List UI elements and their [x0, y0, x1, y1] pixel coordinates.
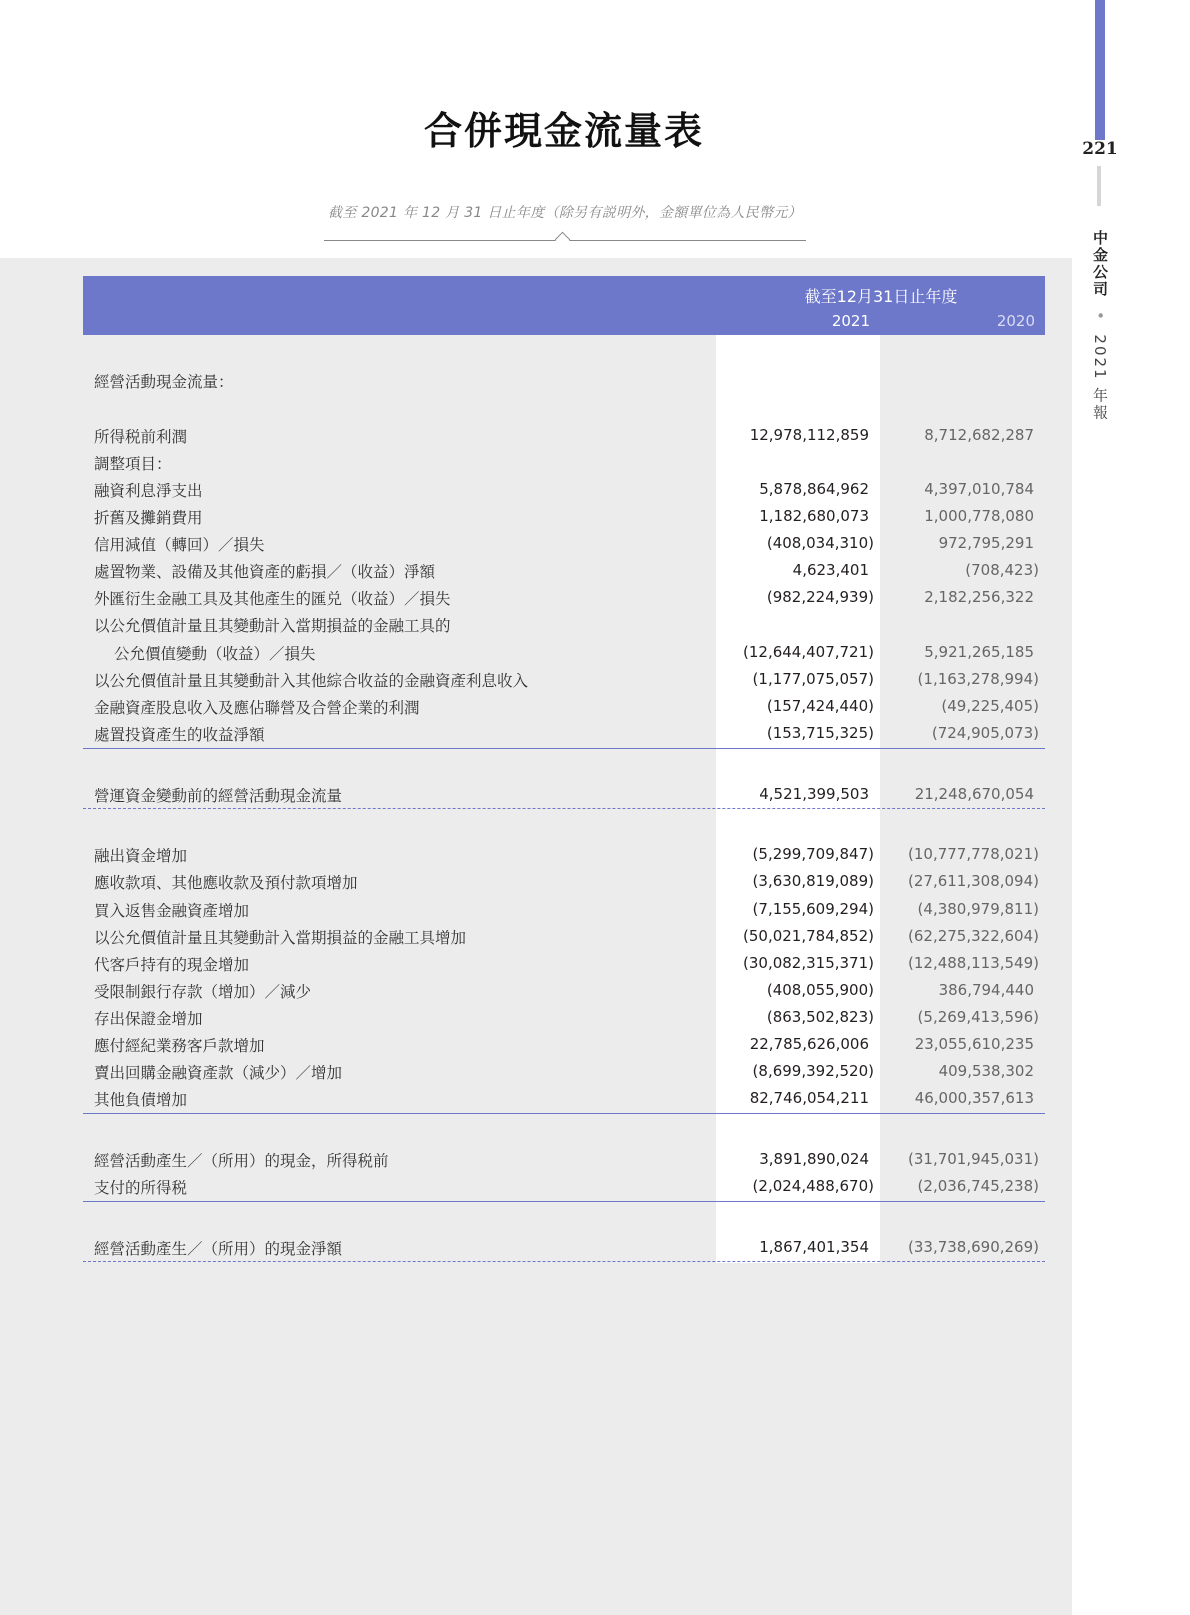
- table-row: 以公允價值計量且其變動計入當期損益的金融工具的: [83, 611, 1045, 638]
- value-2021: (408,055,900): [767, 981, 874, 999]
- caret-up-icon: [555, 232, 571, 248]
- section-heading: 經營活動現金流量：: [83, 367, 1045, 394]
- value-2020: 8,712,682,287: [924, 426, 1034, 444]
- value-2021: 12,978,112,859: [750, 426, 869, 444]
- section-title: 經營活動現金流量：: [94, 370, 234, 392]
- value-2020: (724,905,073): [932, 724, 1039, 742]
- value-2021: 3,891,890,024: [759, 1150, 869, 1168]
- value-2020: (27,611,308,094): [908, 872, 1039, 890]
- row-label: 應收款項、其他應收款及預付款項增加: [94, 871, 358, 893]
- value-2020: (33,738,690,269): [908, 1238, 1039, 1256]
- row-label: 買入返售金融資產增加: [94, 899, 249, 921]
- value-2021: (153,715,325): [767, 724, 874, 742]
- table-row: 以公允價值計量且其變動計入當期損益的金融工具增加 (50,021,784,852…: [83, 923, 1045, 950]
- row-label: 處置物業、設備及其他資產的虧損／（收益）淨額: [94, 560, 435, 582]
- value-2021: (5,299,709,847): [753, 845, 874, 863]
- value-2021: 1,182,680,073: [759, 507, 869, 525]
- value-2021: (1,177,075,057): [753, 670, 874, 688]
- value-2021: (30,082,315,371): [743, 954, 874, 972]
- value-2021: 4,623,401: [793, 561, 869, 579]
- table-row: 所得税前利潤 12,978,112,859 8,712,682,287: [83, 422, 1045, 449]
- value-2020: (1,163,278,994): [918, 670, 1039, 688]
- header-period: 截至12月31日止年度: [716, 284, 1046, 307]
- table-row: 買入返售金融資產增加 (7,155,609,294) (4,380,979,81…: [83, 896, 1045, 923]
- report-name: 2021 年報: [1091, 334, 1109, 421]
- table-row: 信用減值（轉回）／損失 (408,034,310) 972,795,291: [83, 530, 1045, 557]
- page-tab-accent: [1095, 0, 1105, 140]
- table-row: 融資利息淨支出 5,878,864,962 4,397,010,784: [83, 476, 1045, 503]
- subtotal-row: 營運資金變動前的經營活動現金流量 4,521,399,503 21,248,67…: [83, 781, 1045, 808]
- table-row: 代客戶持有的現金增加 (30,082,315,371) (12,488,113,…: [83, 950, 1045, 977]
- bullet-dot-icon: •: [1091, 311, 1109, 322]
- subtotal-rule: [83, 1113, 1045, 1114]
- page-subtitle: 截至 2021 年 12 月 31 日止年度（除另有説明外，金額單位為人民幣元）: [324, 202, 806, 222]
- row-label: 金融資產股息收入及應佔聯營及合營企業的利潤: [94, 696, 420, 718]
- row-label: 以公允價值計量且其變動計入其他綜合收益的金融資產利息收入: [94, 669, 528, 691]
- value-2021: 1,867,401,354: [759, 1238, 869, 1256]
- value-2020: (10,777,778,021): [908, 845, 1039, 863]
- subtotal-dashed-rule: [83, 808, 1045, 809]
- value-2020: (31,701,945,031): [908, 1150, 1039, 1168]
- row-label: 融出資金增加: [94, 844, 187, 866]
- row-label: 其他負債增加: [94, 1088, 187, 1110]
- row-label: 融資利息淨支出: [94, 479, 203, 501]
- row-label: 受限制銀行存款（增加）／減少: [94, 980, 311, 1002]
- value-2021: (3,630,819,089): [753, 872, 874, 890]
- value-2020: (4,380,979,811): [918, 900, 1039, 918]
- table-row: 以公允價值計量且其變動計入其他綜合收益的金融資產利息收入 (1,177,075,…: [83, 666, 1045, 693]
- value-2020: (12,488,113,549): [908, 954, 1039, 972]
- total-row: 經營活動產生／（所用）的現金淨額 1,867,401,354 (33,738,6…: [83, 1234, 1045, 1261]
- table-row: 應付經紀業務客戶款增加 22,785,626,006 23,055,610,23…: [83, 1031, 1045, 1058]
- row-label: 外匯衍生金融工具及其他產生的匯兑（收益）／損失: [94, 587, 451, 609]
- value-2021: (8,699,392,520): [753, 1062, 874, 1080]
- page-title: 合併現金流量表: [0, 100, 1128, 155]
- header-year-2021: 2021: [716, 312, 870, 330]
- row-label: 營運資金變動前的經營活動現金流量: [94, 784, 342, 806]
- company-name: 中金公司: [1091, 230, 1109, 298]
- table-row: 處置物業、設備及其他資產的虧損／（收益）淨額 4,623,401 (708,42…: [83, 557, 1045, 584]
- total-dashed-rule: [83, 1261, 1045, 1262]
- row-label: 經營活動產生／（所用）的現金，所得税前: [94, 1149, 389, 1171]
- value-2021: (157,424,440): [767, 697, 874, 715]
- table-row: 支付的所得税 (2,024,488,670) (2,036,745,238): [83, 1173, 1045, 1200]
- page-number: 221: [1080, 139, 1120, 159]
- value-2020: 5,921,265,185: [924, 643, 1034, 661]
- value-2020: 4,397,010,784: [924, 480, 1034, 498]
- row-label: 應付經紀業務客戶款增加: [94, 1034, 265, 1056]
- value-2020: 409,538,302: [939, 1062, 1034, 1080]
- value-2020: 972,795,291: [939, 534, 1034, 552]
- subtotal-rule: [83, 1201, 1045, 1202]
- header-year-2020: 2020: [880, 312, 1035, 330]
- table-row: 融出資金增加 (5,299,709,847) (10,777,778,021): [83, 841, 1045, 868]
- table-row: 處置投資產生的收益淨額 (153,715,325) (724,905,073): [83, 720, 1045, 747]
- row-label: 調整項目：: [94, 452, 172, 474]
- value-2021: (982,224,939): [767, 588, 874, 606]
- row-label: 經營活動產生／（所用）的現金淨額: [94, 1237, 342, 1259]
- value-2021: 4,521,399,503: [759, 785, 869, 803]
- page-tab-divider: [1097, 166, 1101, 206]
- row-label: 公允價值變動（收益）／損失: [114, 642, 316, 664]
- value-2020: 23,055,610,235: [915, 1035, 1034, 1053]
- table-row: 調整項目：: [83, 449, 1045, 476]
- value-2020: 386,794,440: [939, 981, 1034, 999]
- value-2020: 1,000,778,080: [924, 507, 1034, 525]
- value-2020: (49,225,405): [941, 697, 1039, 715]
- table-row: 金融資產股息收入及應佔聯營及合營企業的利潤 (157,424,440) (49,…: [83, 693, 1045, 720]
- side-running-header: 中金公司 • 2021 年報: [1090, 230, 1111, 421]
- value-2020: (5,269,413,596): [918, 1008, 1039, 1026]
- table-row: 存出保證金增加 (863,502,823) (5,269,413,596): [83, 1004, 1045, 1031]
- value-2021: (12,644,407,721): [743, 643, 874, 661]
- value-2020: (62,275,322,604): [908, 927, 1039, 945]
- table-row: 賣出回購金融資產款（減少）／增加 (8,699,392,520) 409,538…: [83, 1058, 1045, 1085]
- value-2021: 5,878,864,962: [759, 480, 869, 498]
- row-label: 以公允價值計量且其變動計入當期損益的金融工具增加: [94, 926, 466, 948]
- value-2020: 21,248,670,054: [915, 785, 1034, 803]
- row-label: 賣出回購金融資產款（減少）／增加: [94, 1061, 342, 1083]
- table-row: 折舊及攤銷費用 1,182,680,073 1,000,778,080: [83, 503, 1045, 530]
- table-row: 其他負債增加 82,746,054,211 46,000,357,613: [83, 1085, 1045, 1112]
- value-2021: (2,024,488,670): [753, 1177, 874, 1195]
- value-2021: (7,155,609,294): [753, 900, 874, 918]
- row-label: 折舊及攤銷費用: [94, 506, 203, 528]
- table-row: 應收款項、其他應收款及預付款項增加 (3,630,819,089) (27,61…: [83, 868, 1045, 895]
- value-2020: 46,000,357,613: [915, 1089, 1034, 1107]
- value-2021: 22,785,626,006: [750, 1035, 869, 1053]
- row-label: 信用減值（轉回）／損失: [94, 533, 265, 555]
- table-row: 經營活動產生／（所用）的現金，所得税前 3,891,890,024 (31,70…: [83, 1146, 1045, 1173]
- value-2020: (708,423): [965, 561, 1039, 579]
- row-label: 存出保證金增加: [94, 1007, 203, 1029]
- value-2020: (2,036,745,238): [918, 1177, 1039, 1195]
- row-label: 支付的所得税: [94, 1176, 187, 1198]
- row-label: 處置投資產生的收益淨額: [94, 723, 265, 745]
- value-2020: 2,182,256,322: [924, 588, 1034, 606]
- row-label: 代客戶持有的現金增加: [94, 953, 249, 975]
- value-2021: (50,021,784,852): [743, 927, 874, 945]
- subtotal-rule: [83, 748, 1045, 749]
- value-2021: 82,746,054,211: [750, 1089, 869, 1107]
- value-2021: (863,502,823): [767, 1008, 874, 1026]
- row-label: 所得税前利潤: [94, 425, 187, 447]
- value-2021: (408,034,310): [767, 534, 874, 552]
- table-row: 外匯衍生金融工具及其他產生的匯兑（收益）／損失 (982,224,939) 2,…: [83, 584, 1045, 611]
- table-row: 公允價值變動（收益）／損失 (12,644,407,721) 5,921,265…: [83, 639, 1045, 666]
- row-label: 以公允價值計量且其變動計入當期損益的金融工具的: [94, 614, 451, 636]
- table-row: 受限制銀行存款（增加）／減少 (408,055,900) 386,794,440: [83, 977, 1045, 1004]
